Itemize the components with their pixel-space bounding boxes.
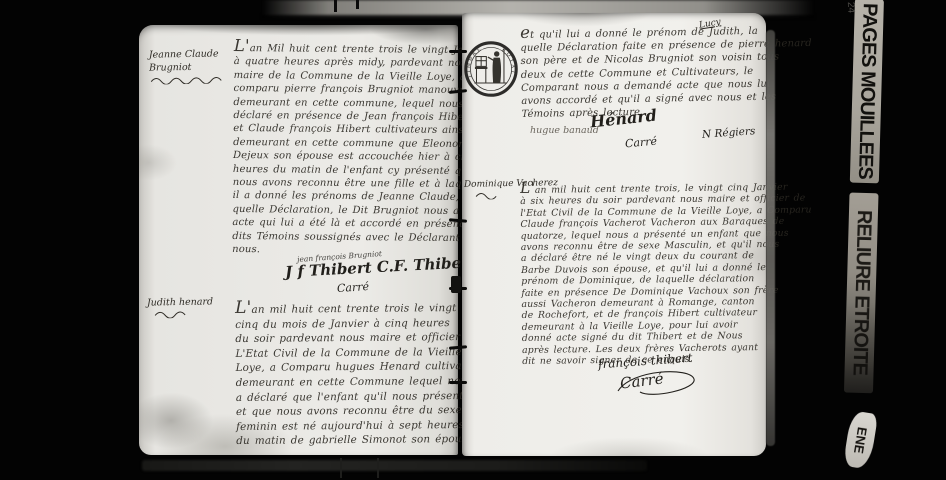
paraph-flourish [149, 75, 227, 84]
stamp-denomination: 70c [477, 71, 484, 76]
signature-flourish [612, 365, 702, 401]
label-fade-overlay [844, 193, 879, 394]
timbre-royal-stamp: TIMBRE ROYAL 70c [464, 41, 518, 97]
act-birth-judith: L'an mil huit cent trente trois le vingt… [235, 300, 462, 449]
signature-clerk: Carré [337, 280, 370, 295]
margin-note-jeanne-claude: Jeanne Claude Brugniot [149, 47, 228, 84]
archive-label-pages-mouillees: PAGES MOUILLEES [850, 0, 884, 183]
text-line: du matin de gabrielle Simonot son épouse [236, 432, 462, 449]
signature-hugue-banaud: hugue banaud [530, 125, 599, 136]
binding-blob [451, 276, 461, 293]
paraph-flourish [147, 310, 197, 319]
torn-label-text: ENE [851, 426, 870, 455]
binding-shadow-line [340, 458, 342, 478]
film-edge-mark: 24 [845, 2, 856, 14]
binding-shadow-line [377, 458, 379, 478]
stitch-mark [449, 381, 467, 384]
archive-label-strip: PAGES MOUILLEES RELIURE ETROITE [838, 0, 887, 471]
act-birth-jeanne-claude: L'an Mil huit cent trente trois le vingt… [232, 40, 458, 258]
page-block-edge [766, 30, 775, 446]
left-page: Jeanne Claude Brugniot L'an Mil huit cen… [139, 25, 458, 455]
paraph-flourish [464, 191, 514, 200]
archive-label-reliure-etroite: RELIURE ETROITE [844, 193, 879, 394]
margin-note-line: Brugniot [149, 60, 227, 74]
lower-page-edge-shadow [142, 460, 647, 471]
archive-label-text: PAGES MOUILLEES [853, 3, 881, 179]
right-page: TIMBRE ROYAL 70c Lucy et qu'il lui a [462, 13, 766, 456]
edge-mark [356, 0, 359, 9]
margin-note-line: Judith henard [147, 296, 213, 308]
signature-regiers: N Régiers [702, 125, 756, 141]
stitch-mark [449, 50, 467, 53]
signature-clerk: Carré [624, 135, 657, 151]
margin-note-line: Jeanne Claude [149, 47, 227, 61]
registry-book-scan: Jeanne Claude Brugniot L'an Mil huit cen… [0, 0, 946, 480]
act-birth-dominique: L'an mil huit cent trente trois, le ving… [520, 180, 770, 368]
stamp-figure [474, 49, 507, 83]
margin-note-judith-henard: Judith henard [147, 296, 214, 318]
film-edge-mark-text: 24 [845, 2, 856, 14]
edge-mark [334, 0, 337, 12]
